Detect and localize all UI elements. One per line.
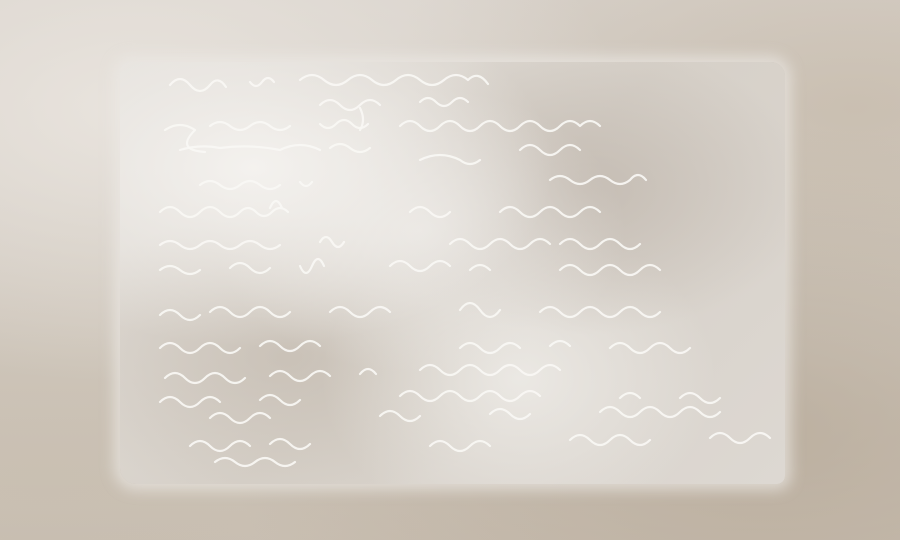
artwork-canvas [0, 0, 900, 540]
asemic-handwriting [0, 0, 900, 540]
